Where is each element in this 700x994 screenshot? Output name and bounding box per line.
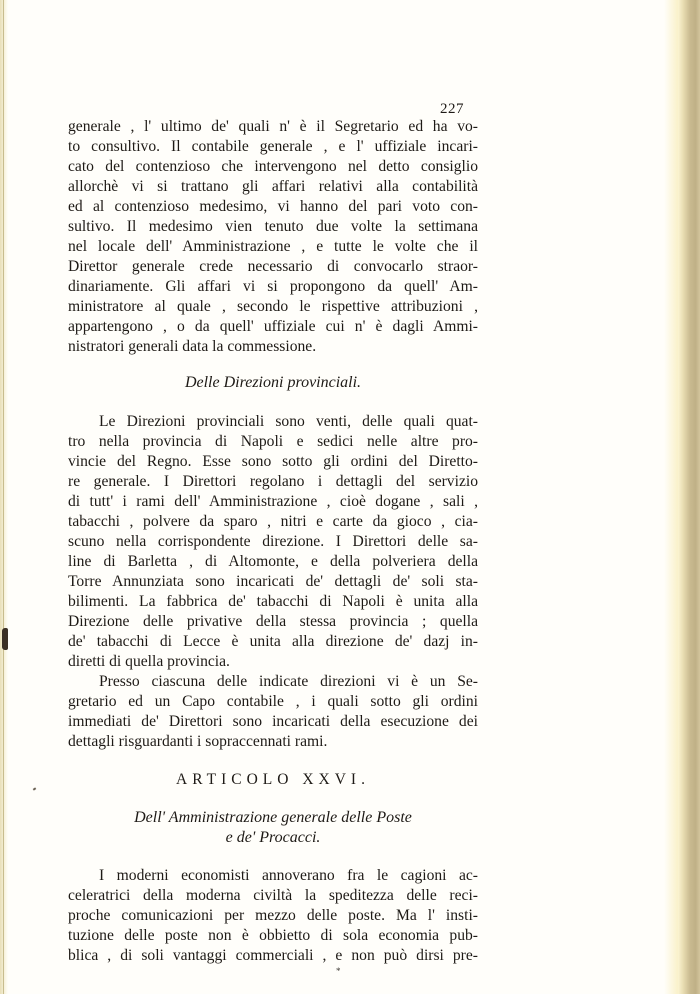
text-line: dettagli risguardanti i sopraccennati ra… xyxy=(68,732,478,752)
page-left-edge xyxy=(0,0,8,994)
text-line: Direttor generale crede necessario di co… xyxy=(68,257,478,277)
text-line: diretti di quella provincia. xyxy=(68,652,478,672)
text-line: ed al contenzioso medesimo, vi hanno del… xyxy=(68,197,478,217)
text-line: line di Barletta , di Altomonte, e della… xyxy=(68,552,478,572)
text-line: Direzione delle privative della stessa p… xyxy=(68,612,478,632)
binding-shadow xyxy=(664,0,678,994)
text-line: ministratore al quale , secondo le rispe… xyxy=(68,297,478,317)
text-line: bilimenti. La fabbrica de' tabacchi di N… xyxy=(68,592,478,612)
text-line: tuzione delle poste non è obbietto di so… xyxy=(68,926,478,946)
page-number: 227 xyxy=(440,101,464,118)
text-line: Le Direzioni provinciali sono venti, del… xyxy=(68,412,478,432)
text-line: dinariamente. Gli affari vi si propongon… xyxy=(68,277,478,297)
text-line: generale , l' ultimo de' quali n' è il S… xyxy=(68,117,478,137)
text-line: de' tabacchi di Lecce è unita alla direz… xyxy=(68,632,478,652)
text-line: cato del contenzioso che intervengono ne… xyxy=(68,157,478,177)
article-heading: ARTICOLO XXVI. xyxy=(68,770,478,790)
text-line: allorchè vi si trattano gli affari relat… xyxy=(68,177,478,197)
text-line: nel locale dell' Amministrazione , e tut… xyxy=(68,237,478,257)
text-line: di tutt' i rami dell' Amministrazione , … xyxy=(68,492,478,512)
text-line: celeratrici della moderna civiltà la spe… xyxy=(68,886,478,906)
section-heading-poste-line1: Dell' Amministrazione generale delle Pos… xyxy=(68,808,478,828)
signature-mark: * xyxy=(336,966,341,976)
text-line: scuno nella corrispondente direzione. I … xyxy=(68,532,478,552)
text-line: re generale. I Direttori regolano i dett… xyxy=(68,472,478,492)
text-line: I moderni economisti annoverano fra le c… xyxy=(68,866,478,886)
text-line: gretario ed un Capo contabile , i quali … xyxy=(68,692,478,712)
text-line: appartengono , o da quell' uffiziale cui… xyxy=(68,317,478,337)
section-heading-direzioni: Delle Direzioni provinciali. xyxy=(68,373,478,393)
stray-mark xyxy=(33,787,37,790)
text-line: vincie del Regno. Esse sono sotto gli or… xyxy=(68,452,478,472)
text-line: tro nella provincia di Napoli e sedici n… xyxy=(68,432,478,452)
text-line: immediati de' Direttori sono incaricati … xyxy=(68,712,478,732)
text-line: nistratori generali data la commessione. xyxy=(68,337,478,357)
book-spine-edge xyxy=(678,0,700,994)
text-line: tabacchi , polvere da sparo , nitri e ca… xyxy=(68,512,478,532)
section-heading-poste-line2: e de' Procacci. xyxy=(68,828,478,848)
ink-blot xyxy=(2,628,8,650)
text-line: blica , di soli vantaggi commerciali , e… xyxy=(68,946,478,966)
text-line: to consultivo. Il contabile generale , e… xyxy=(68,137,478,157)
text-line: sultivo. Il medesimo vien tenuto due vol… xyxy=(68,217,478,237)
text-line: Torre Annunziata sono incaricati de' det… xyxy=(68,572,478,592)
text-line: proche comunicazioni per mezzo delle pos… xyxy=(68,906,478,926)
text-line: Presso ciascuna delle indicate direzioni… xyxy=(68,672,478,692)
